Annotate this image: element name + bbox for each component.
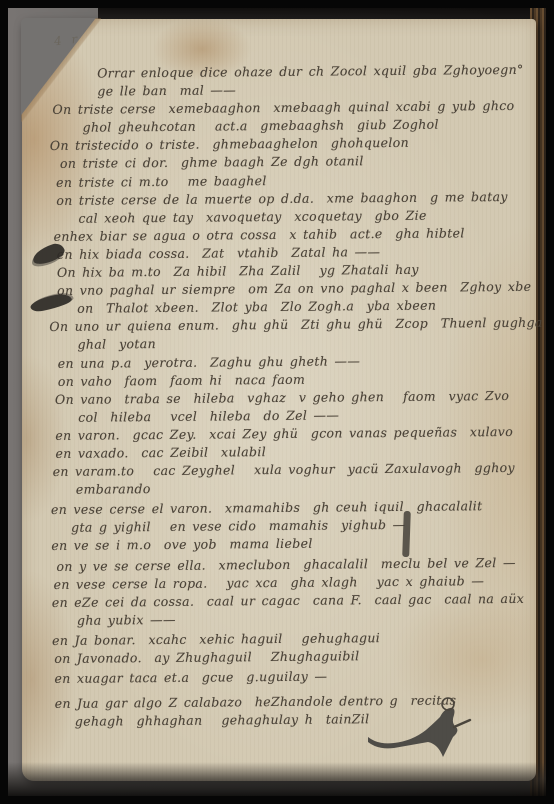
folio-number: 4 r xyxy=(53,32,81,49)
manuscript-line: embarando xyxy=(23,477,529,500)
manuscript-line: gha yubix —— xyxy=(24,608,530,631)
ink-smear xyxy=(366,697,476,763)
manuscript-page: 4 r Orrar enloque dice ohaze dur ch Zoco… xyxy=(22,19,536,781)
bottom-shadow xyxy=(8,762,546,796)
photo-background: 4 r Orrar enloque dice ohaze dur ch Zoco… xyxy=(8,8,546,796)
manuscript-line: en xuagar taca et.a gcue g.uguilay — xyxy=(24,666,530,689)
manuscript-line: en ve se i m.o ove yob mama liebel xyxy=(23,533,529,556)
manuscript-line: on Javonado. ay Zhughaguil Zhughaguibil xyxy=(24,646,530,669)
manuscript-text: Orrar enloque dice ohaze dur ch Zocol xq… xyxy=(19,61,531,732)
ink-smear-shape xyxy=(366,697,476,763)
